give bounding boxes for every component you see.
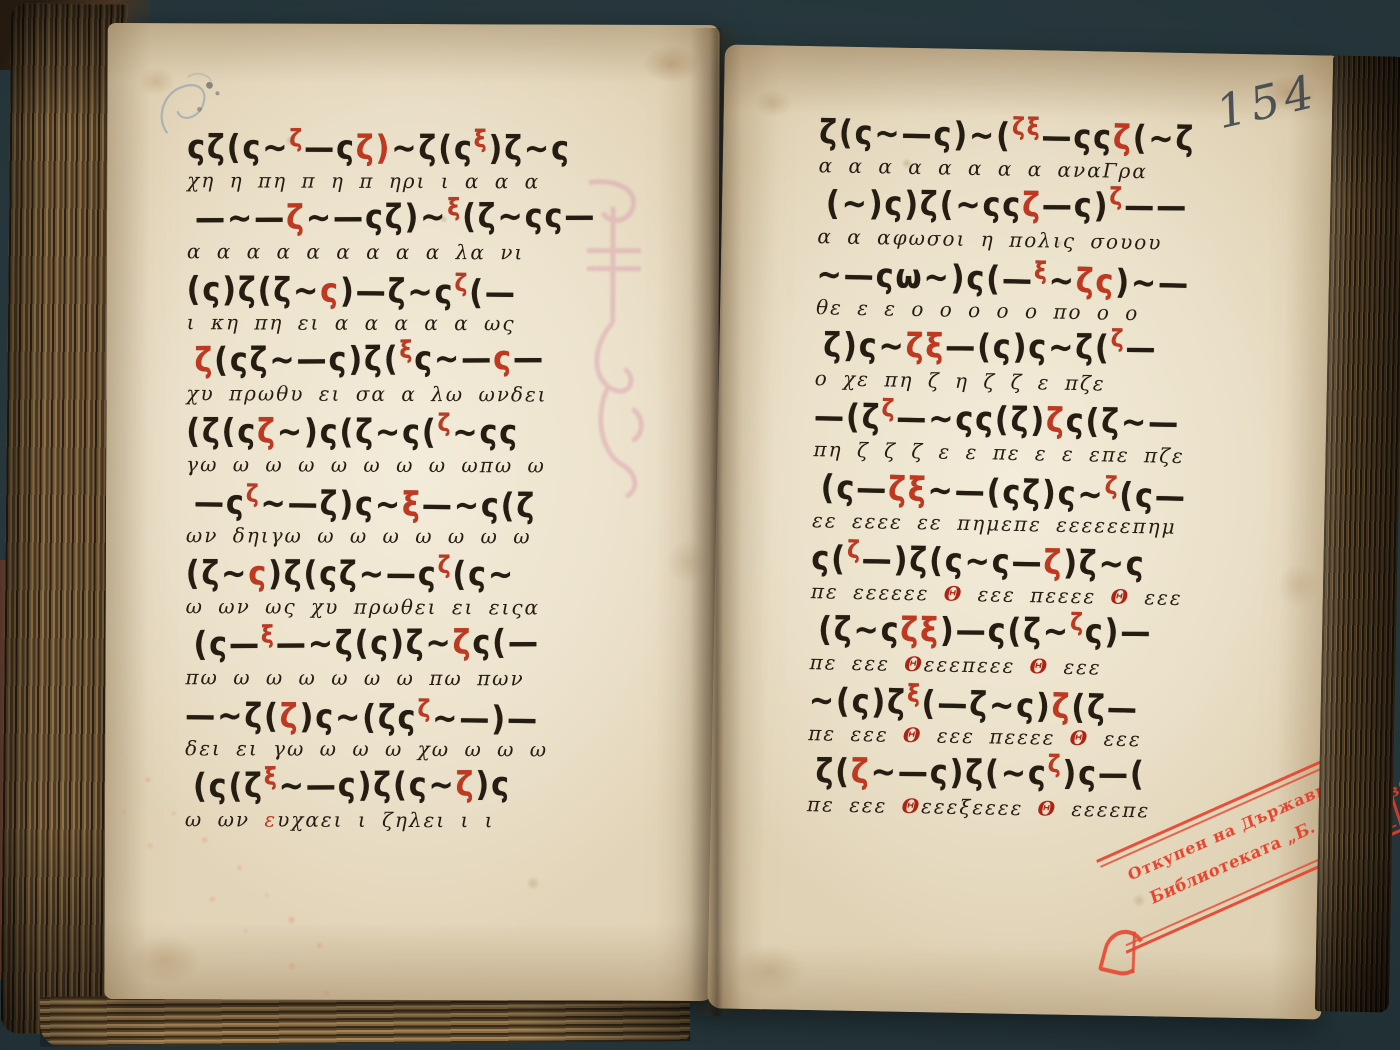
left-page: ςζ(ς~ζ—ςζ)~ζ(ςξ)ζ~ςχη η πη π η π ηρι ι α… [104, 23, 719, 1001]
ink-segment: — [1125, 329, 1157, 368]
ink-segment: ζ [1046, 401, 1066, 441]
ink-segment: χυ πρωθυ ει σα α λω ωνδει [186, 381, 547, 406]
ink-segment: ζ [1022, 186, 1042, 225]
ink-segment: )~— [1115, 263, 1191, 304]
ink-segment: (ζ(ς [186, 412, 257, 451]
neume-row: ς(ζ—)ζ(ς~ς—ζ)ζ~ς [811, 533, 1268, 591]
chant-line-pair: (ζ(ςζ~)ς(ζ~ς(ζ~ςςγω ω ω ω ω ω ω ω ωπω ω [186, 409, 638, 482]
neume-row: —(ζζ—~ςς(ζ)ζς(ζ~— [814, 392, 1271, 450]
ink-segment: (—ζ~ς) [921, 684, 1052, 727]
ink-segment: ζξ [906, 327, 946, 367]
ink-segment: —~ζ( [185, 696, 280, 736]
ink-segment: ςζ(ς~ [187, 128, 289, 168]
ink-segment: ζ [881, 395, 896, 423]
neume-row: ζ(ζ~—ς)ζ(~ςζ)ς—( [815, 747, 1264, 800]
ink-segment: ζ [1113, 119, 1133, 159]
ink-segment: ~—)— [432, 699, 539, 739]
neume-row: (ζ~ςζξ)—ς(ζ~ζς)— [818, 605, 1267, 658]
ink-segment: ζ [194, 341, 214, 380]
neume-row: (ς)ζ(ζ~ς)—ζ~ςζ(— [187, 265, 639, 319]
ink-segment: ξ [907, 680, 922, 708]
chant-line-pair: (ζ~ςζξ)—ς(ζ~ζς)—πε εεε Θεεεπεεε Θ εεε [809, 607, 1266, 686]
ink-segment: )ζ~ς [488, 129, 570, 168]
chant-line-pair: —~—ζ~—ςζ)~ξ(ζ~ςς—α α α α α α α α α λα νι [187, 196, 639, 269]
ink-segment: πω ω ω ω ω ω ω πω πων [185, 665, 524, 690]
ink-segment: —(ζ [814, 397, 882, 437]
right-page: 154 ζ(ς~—ς)~(ζξ—ςςζ(~ζα α α α α α α α αν… [707, 44, 1339, 1019]
ink-segment: ξ [474, 126, 489, 154]
ink-segment: (ςζ~—ς)ζ( [214, 340, 399, 380]
ink-segment: ~—ςζ)~ [306, 198, 448, 238]
ink-segment: — [513, 339, 545, 378]
ink-segment: ζ [453, 623, 473, 662]
neume-row: —~—ζ~—ςζ)~ξ(ζ~ςς— [195, 191, 639, 243]
neume-row: (ζ~ς)ζ(ςζ~—ςζ(ς~ [186, 549, 638, 600]
ink-segment: ~—ςω~)ς(— [816, 255, 1034, 300]
ink-segment: ~—ζ)ς~ [260, 484, 402, 525]
neume-row: —~ζ(ζ)ς~(ζςζ~—)— [185, 691, 637, 745]
ink-segment: —)ζ(ς~ς— [861, 540, 1044, 583]
ink-segment: ζ [1051, 687, 1072, 727]
chant-line-pair: ς(ζ—)ζ(ς~ς—ζ)ζ~ςπε εεεεεε Θ εεε πεεεε Θ … [811, 536, 1268, 615]
ink-segment: ~—ς)ζ(ς~ [279, 766, 456, 806]
ink-segment: —~ζ(ς)ζ~ [276, 624, 453, 664]
manuscript-photo-scene: ςζ(ς~ζ—ςζ)~ζ(ςξ)ζ~ςχη η πη π η π ηρι ι α… [0, 0, 1400, 1050]
ink-segment: ζ [454, 270, 469, 298]
ink-segment: ~—(ςζ)ς~ [927, 471, 1105, 515]
ink-segment: )ζ~ς [1063, 544, 1146, 585]
ink-segment: ξ [399, 336, 414, 364]
ink-segment: ζ) [356, 129, 392, 168]
ink-segment: ζ [1043, 543, 1063, 583]
chant-line-pair: (ς)ζ(ζ~ς)—ζ~ςζ(—ι κη πη ει α α α α α ως [187, 267, 639, 340]
right-page-text-block: ζ(ς~—ς)~(ζξ—ςςζ(~ζα α α α α α α α αναΓρα… [807, 110, 1276, 828]
ink-segment: ~)ς(ζ~ς( [277, 412, 438, 452]
ink-segment: ζ [1048, 751, 1063, 779]
ink-segment: —(ς)ς~ζ( [945, 327, 1111, 368]
neume-row: ςζ(ς~ζ—ςζ)~ζ(ςξ)ζ~ς [187, 123, 639, 174]
chant-line-pair: —ςζ~—ζ)ς~ξ—~ς(ζων δηιγω ω ω ω ω ω ω ω [186, 480, 638, 553]
ink-segment: )ς [475, 765, 511, 804]
ink-segment: ε [264, 807, 277, 831]
ink-segment: ζ [847, 536, 862, 564]
ink-segment: ς [248, 554, 268, 593]
ink-segment: ζ [246, 480, 261, 508]
ink-segment: ~(ς)ζ [808, 681, 907, 723]
ink-segment: ζ [280, 697, 300, 736]
ink-segment: —ς [304, 129, 356, 168]
chant-line-pair: (ς—ζξ~—(ςζ)ς~ζ(ς—εε εεεε εε πημεπε εεεεε… [812, 465, 1269, 544]
ink-segment: ξ [402, 486, 422, 525]
ink-segment: (ς~ [452, 555, 515, 594]
ink-segment: —ς [194, 483, 246, 523]
ink-segment: εεεξεεεε [921, 794, 1038, 820]
ink-segment: (ς— [193, 625, 261, 665]
ink-segment: (ζ— [1071, 688, 1139, 729]
ink-segment: —ς) [1042, 186, 1110, 226]
ink-segment: ζ [438, 410, 453, 438]
ink-segment: ξ [261, 621, 276, 649]
ink-segment: ζξ [1012, 113, 1042, 142]
ink-segment: ζ [456, 765, 476, 804]
chant-line-pair: ςζ(ς~ζ—ςζ)~ζ(ςξ)ζ~ςχη η πη π η π ηρι ι α… [187, 125, 639, 198]
ink-segment: (ζ~ [186, 554, 249, 593]
ink-segment: ς)— [1085, 613, 1153, 653]
chant-line-pair: (ς—ξ—~ζ(ς)ζ~ζς(—πω ω ω ω ω ω ω πω πων [185, 622, 637, 695]
neume-row: (ς(ζξ~—ς)ζ(ς~ζ)ς [193, 759, 637, 811]
ink-segment: )—ς(ζ~ [940, 611, 1070, 651]
ink-segment: ζ [1105, 472, 1120, 500]
chant-line-pair: —~ζ(ζ)ς~(ζςζ~—)—δει ει γω ω ω ω χω ω ω ω [185, 693, 637, 766]
ink-segment: Θ [1029, 654, 1049, 678]
ink-segment: (ς— [820, 468, 888, 509]
ink-segment: ~ςς [452, 413, 519, 452]
ink-segment: υχαει ι ζηλει ι ι [277, 808, 494, 833]
ink-segment: ς(— [472, 623, 540, 663]
neume-row: —ςζ~—ζ)ς~ξ—~ς(ζ [194, 478, 638, 532]
neume-row: ζ(ςζ~—ς)ζ(ξς~—ς— [194, 333, 638, 385]
ink-segment: ξ [1034, 257, 1049, 285]
ink-segment: ~ζ(ς [391, 129, 473, 168]
stamp-ribbon-curl [1098, 926, 1151, 980]
ink-segment: —ςς [1041, 117, 1113, 158]
ink-segment: (ς)ζ(ζ~ [187, 270, 321, 311]
ink-segment: (ζ~ς [818, 610, 901, 650]
ink-segment: Θ [902, 794, 922, 818]
ink-segment: εεεεπε [1057, 797, 1151, 823]
ink-segment: (ς(ζ [193, 767, 264, 807]
ink-segment: (~ζ [1132, 119, 1195, 159]
chant-line-pair: (ζ~ς)ζ(ςζ~—ςζ(ς~ω ων ως χυ πρωθει ει εις… [186, 551, 638, 624]
chant-line-pair: ~(ς)ζξ(—ζ~ς)ζ(ζ—πε εεε Θ εεε πεεεε Θ εεε [808, 678, 1265, 757]
ink-segment: —~ςς(ζ) [896, 399, 1047, 441]
ink-segment: —~ς(ζ [422, 486, 537, 526]
lyric-row: ω ων ευχαει ι ζηλει ι ι [185, 808, 637, 837]
ink-segment: )ζ(ςζ~—ς [268, 554, 438, 594]
ink-segment: —— [1124, 187, 1188, 227]
ink-segment: )—ζ~ς [340, 272, 455, 312]
neume-row: (ς—ξ—~ζ(ς)ζ~ζς(— [193, 617, 637, 669]
ink-segment: ζ [851, 753, 871, 792]
chant-line-pair: (~)ς)ζ(~ςςζ—ς)ζ——α α αφωσοι η πολις σουο… [817, 181, 1274, 260]
neume-row: (ζ(ςζ~)ς(ζ~ς(ζ~ςς [186, 407, 638, 458]
ink-segment: —~— [195, 199, 286, 239]
ink-segment: Θ [1037, 796, 1057, 820]
ink-segment: ζξ [888, 470, 928, 510]
ink-segment: (~)ς)ζ(~ςς [826, 184, 1023, 225]
ink-segment: ς( [811, 539, 847, 579]
ink-segment: ζ [1109, 183, 1124, 211]
ink-segment: (ς— [1119, 476, 1187, 517]
neume-row: (~)ς)ζ(~ςςζ—ς)ζ—— [826, 179, 1275, 232]
ink-segment: ζ( [815, 752, 851, 792]
ink-segment: ξ [264, 763, 279, 791]
chant-line-pair: (ς(ζξ~—ς)ζ(ς~ζ)ςω ων ευχαει ι ζηλει ι ι [185, 764, 637, 837]
neume-row: ζ(ς~—ς)~(ζξ—ςςζ(~ζ [819, 108, 1276, 166]
ink-segment: α α α α α α α α α λα νι [187, 239, 524, 264]
ink-segment: )ς~(ζς [299, 697, 417, 738]
ink-segment: ς~— [414, 339, 493, 379]
ink-segment: ζ [286, 199, 306, 238]
ink-segment: ζς [1075, 262, 1115, 302]
ink-segment: Θ [904, 652, 924, 676]
ink-segment: ζ [1070, 609, 1085, 637]
ink-segment: ζ [438, 552, 453, 580]
chant-line-pair: ζ)ς~ζξ—(ς)ς~ζ(ζ—ο χε πη ζ η ζ ζ ε πζε [814, 323, 1271, 402]
ink-segment: ζ(ς~—ς)~( [819, 113, 1012, 156]
ink-segment: ζ [257, 412, 277, 451]
ink-segment: ξ [447, 194, 462, 222]
ink-segment: ζ [417, 695, 432, 723]
ink-segment: ζ [289, 125, 304, 153]
ink-segment: ζ)ς~ [823, 326, 906, 366]
ink-segment: ς [320, 272, 340, 311]
ink-segment: ~—ς)ζ(~ς [871, 753, 1048, 794]
ink-segment: )ς—( [1062, 754, 1146, 794]
chant-line-pair: ~—ςω~)ς(—ξ~ζς)~—θε ε ε ο ο ο ο ο πο ο ο [816, 252, 1273, 331]
ink-segment: ζ [1111, 325, 1126, 353]
chant-line-pair: ζ(ς~—ς)~(ζξ—ςςζ(~ζα α α α α α α α αναΓρα [818, 110, 1275, 189]
ink-segment: εεεπεεε [924, 652, 1030, 678]
ink-segment: ς(ζ~— [1065, 402, 1180, 443]
ink-segment: ζξ [900, 611, 940, 651]
ink-segment: (ζ~ςς— [462, 197, 596, 237]
neume-row: ζ)ς~ζξ—(ς)ς~ζ(ζ— [823, 321, 1272, 374]
left-page-text-block: ςζ(ς~ζ—ςζ)~ζ(ςξ)ζ~ςχη η πη π η π ηρι ι α… [185, 125, 639, 837]
ink-segment: (— [469, 273, 517, 313]
chant-line-pair: ζ(ςζ~—ς)ζ(ξς~—ς—χυ πρωθυ ει σα α λω ωνδε… [186, 338, 638, 411]
ink-segment: ~ [1048, 261, 1076, 301]
ink-segment: ς [493, 339, 513, 378]
chant-line-pair: —(ζζ—~ςς(ζ)ζς(ζ~—πη ζ ζ ζ ε ε πε ε ε επε… [813, 394, 1270, 473]
ink-segment: εεε [1049, 655, 1102, 680]
